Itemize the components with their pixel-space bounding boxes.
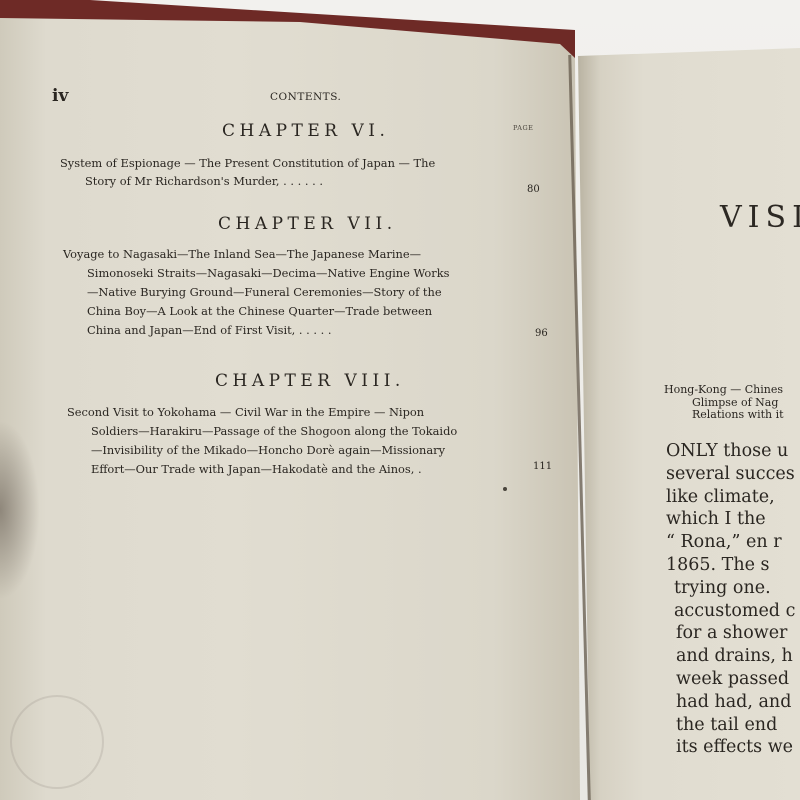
chapter-title-fragment: VISI [720,200,800,235]
body-line: which I the [666,508,795,531]
entry-line: China Boy—A Look at the Chinese Quarter—… [87,302,432,321]
body-line: the tail end [666,714,795,737]
body-line: trying one. [666,577,795,600]
faded-stamp [10,695,104,789]
body-line: like climate, [666,486,795,509]
body-line: several succes [666,463,795,486]
body-line: for a shower [666,622,795,645]
chapter-page-number: 111 [533,461,552,472]
page-number: iv [52,86,68,106]
chapter-heading-vi: CHAPTER VI. [222,121,389,141]
running-head: CONTENTS. [270,91,341,103]
entry-line: Soldiers—Harakiru—Passage of the Shogoon… [91,422,457,441]
entry-line: Second Visit to Yokohama — Civil War in … [67,403,424,422]
entry-line: System of Espionage — The Present Consti… [60,154,435,173]
summary-line: Relations with it [664,409,784,422]
chapter-heading-viii: CHAPTER VIII. [215,371,405,391]
body-line: ONLY those u [666,440,795,463]
entry-line: —Native Burying Ground—Funeral Ceremonie… [87,283,442,302]
entry-line: Simonoseki Straits—Nagasaki—Decima—Nativ… [87,264,449,283]
chapter-summary: Hong-Kong — Chines Glimpse of Nag Relati… [664,384,784,422]
entry-line: Story of Mr Richardson's Murder, . . . .… [85,172,323,191]
chapter-page-number: 80 [527,184,540,195]
body-line: week passed [666,668,795,691]
entry-line: —Invisibility of the Mikado—Honcho Dorè … [91,441,445,460]
body-line: had had, and [666,691,795,714]
body-line: “ Rona,” en r [666,531,795,554]
body-line: accustomed c [666,600,795,623]
chapter-page-number: 96 [535,328,548,339]
body-line: 1865. The s [666,554,795,577]
entry-line: Voyage to Nagasaki—The Inland Sea—The Ja… [63,245,421,264]
chapter-heading-vii: CHAPTER VII. [218,214,397,234]
summary-line: Hong-Kong — Chines [664,384,784,397]
ink-speck [503,487,507,491]
finger-shadow [0,420,40,600]
body-line: its effects we [666,736,795,759]
entry-line: Effort—Our Trade with Japan—Hakodatè and… [91,460,422,479]
entry-line: China and Japan—End of First Visit, . . … [87,321,332,340]
page-column-label: PAGE [513,124,533,132]
body-text: ONLY those u several succes like climate… [666,440,795,759]
body-line: and drains, h [666,645,795,668]
